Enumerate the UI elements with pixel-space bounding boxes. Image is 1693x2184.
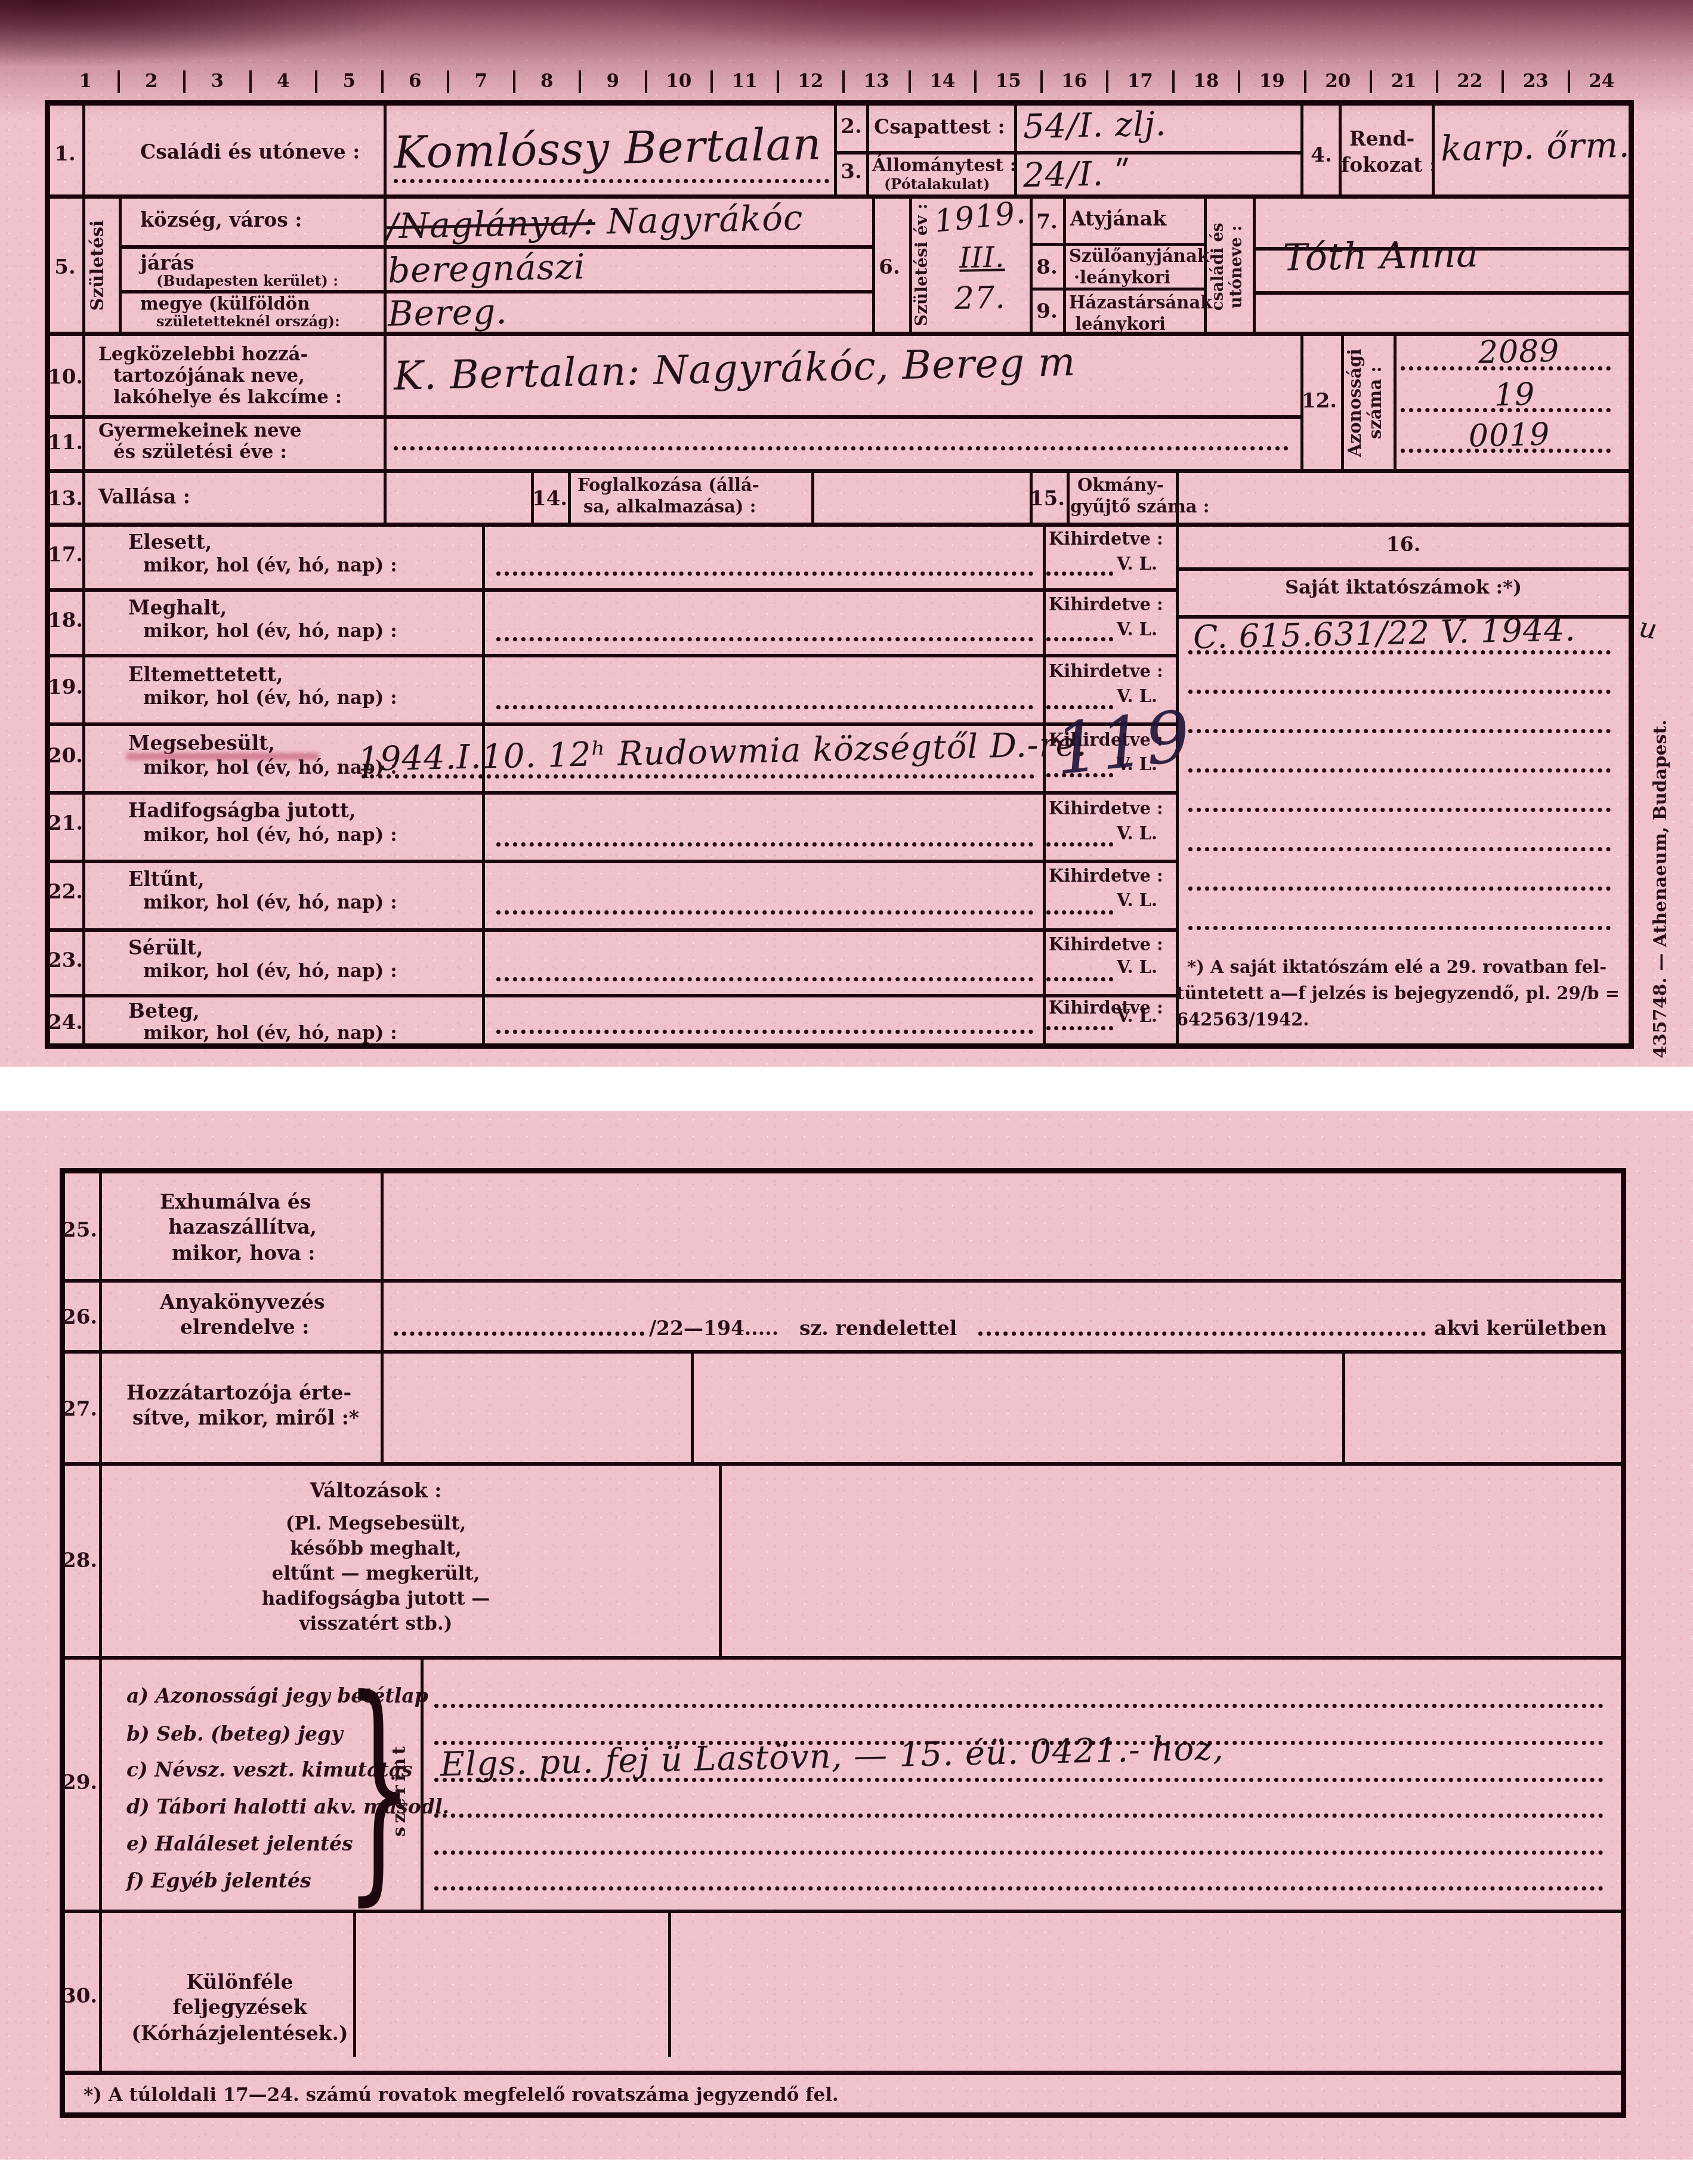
grid-line — [65, 1656, 1621, 1660]
field-label-hozzatartozo-3: lakóhelye és lakcíme : — [113, 388, 342, 407]
grid-line — [99, 1173, 102, 2071]
grid-line — [1432, 103, 1435, 194]
printer-imprint-vertical: 435748. — Athenaeum, Budapest. — [1650, 704, 1671, 1074]
ruler-number: 7 — [449, 70, 515, 93]
row-number: 12. — [1302, 389, 1336, 413]
dotted-line — [394, 179, 829, 183]
grid-line — [65, 1279, 1621, 1283]
ruler-number: 4 — [252, 70, 318, 93]
field-label-kulonfele-3: (Kórházjelentések.) — [126, 2024, 353, 2044]
kihirdetve-label: Kihirdetve : — [1049, 798, 1163, 818]
front-footnote-line-1: *) A saját iktatószám elé a 29. rovatban… — [1187, 958, 1607, 976]
row-number: 28. — [62, 1549, 97, 1573]
vl-label: V. L. — [1117, 957, 1157, 977]
grid-line — [50, 791, 1176, 795]
grid-line — [1014, 103, 1017, 194]
dotted-line — [496, 1030, 1033, 1034]
handwritten-csapattest: 54/I. zlj. — [1022, 104, 1167, 146]
ruler-number: 1 — [54, 70, 120, 93]
grid-line — [65, 1350, 1621, 1354]
decree-number-fragment: /22—194..... — [649, 1318, 778, 1339]
handwritten-jaras: beregnászi — [387, 246, 586, 291]
event-title: Sérült, — [128, 938, 203, 959]
event-sub: mikor, hol (év, hó, nap) : — [143, 1024, 397, 1043]
handwritten-id-number-1: 2089 — [1478, 333, 1560, 371]
field-label-hazastars-1: Házastársának — [1069, 294, 1212, 311]
event-title-megsebesult: Megsebesült, — [128, 733, 275, 754]
row-number: 9. — [1030, 299, 1064, 323]
grid-line — [568, 470, 571, 523]
dotted-line — [1401, 366, 1611, 370]
field-label-megye: megye (külföldön — [140, 295, 310, 313]
ruler-number: 22 — [1438, 70, 1504, 93]
grid-line — [50, 928, 1176, 932]
field-label-valtozasok: Változások : — [149, 1481, 603, 1502]
grid-line — [65, 1910, 1621, 1913]
field-label-jaras-2: (Budapesten kerület) : — [156, 273, 338, 288]
ruler-number: 11 — [713, 70, 779, 93]
grid-line — [668, 1910, 671, 2057]
dotted-line — [1188, 650, 1611, 654]
field-label-gyermekei-2: és születési éve : — [113, 443, 287, 462]
vertical-label-csaladi-utoneve: családi ésutóneve : — [1209, 206, 1246, 328]
ruler-number: 21 — [1372, 70, 1438, 93]
row-number: 15. — [1030, 487, 1064, 511]
row-number: 29. — [62, 1771, 97, 1794]
row-number: 2. — [834, 115, 869, 138]
ruler-number: 10 — [647, 70, 713, 93]
grid-line — [1339, 103, 1342, 194]
section-16-number: 16. — [1176, 535, 1631, 555]
grid-line — [1394, 333, 1397, 469]
row-number: 19. — [48, 675, 82, 699]
field-label-kulonfele-1: Különféle — [126, 1972, 353, 1993]
grid-line — [1043, 523, 1046, 1046]
dotted-line — [1401, 408, 1611, 412]
row-number: 11. — [48, 431, 82, 455]
row-number: 10. — [48, 365, 82, 389]
vertical-label-line: utóneve : — [1227, 206, 1246, 328]
field-label-valtozasok-6: visszatért stb.) — [149, 1614, 603, 1634]
field-label-anyakonyvezes-1: Anyakönyvezés — [160, 1292, 325, 1313]
doc-type-f: f) Egyéb jelentés — [126, 1871, 311, 1892]
kihirdetve-label: Kihirdetve : — [1049, 529, 1163, 549]
field-label-exhumalva-2: hazaszállítva, — [168, 1217, 317, 1238]
handwritten-megye: Bereg. — [387, 291, 508, 334]
doc-type-b: b) Seb. (beteg) jegy — [126, 1724, 342, 1745]
dotted-line — [1188, 729, 1611, 733]
ruler-number: 2 — [120, 70, 186, 93]
grid-line — [50, 994, 1176, 997]
field-label-okmany-1: Okmány- — [1077, 476, 1164, 494]
row-number: 20. — [48, 744, 82, 768]
struck-text: /Naglánya/: — [386, 202, 595, 246]
row-number: 1. — [48, 142, 82, 166]
field-label-csapattest: Csapattest : — [874, 117, 1005, 138]
field-label-szuloanyja-1: Szülőanyjának — [1069, 247, 1209, 265]
field-label-megye-2: születetteknél ország): — [156, 314, 340, 329]
field-label-rendfokozat-1: Rend- — [1349, 129, 1414, 150]
dotted-line — [1188, 847, 1611, 851]
grid-line — [50, 523, 1631, 527]
ruler-number: 5 — [317, 70, 384, 93]
dotted-line — [434, 1778, 1604, 1782]
event-sub: mikor, hol (év, hó, nap) : — [143, 688, 397, 708]
vertical-label-szuletesi: Születési — [87, 206, 108, 325]
event-title: Eltűnt, — [128, 869, 205, 890]
dotted-line — [1188, 768, 1611, 773]
grid-line — [1300, 103, 1303, 194]
dotted-line — [496, 842, 1033, 847]
vl-label: V. L. — [1117, 1006, 1157, 1026]
grid-line — [1341, 333, 1344, 469]
vl-label: V. L. — [1117, 890, 1157, 910]
row-number: 4. — [1304, 143, 1339, 167]
decree-label: sz. rendelettel — [799, 1318, 957, 1339]
grid-line — [482, 523, 485, 1046]
kihirdetve-label: Kihirdetve : — [1049, 934, 1163, 954]
event-title: Hadifogságba jutott, — [128, 801, 356, 821]
dotted-line — [434, 1886, 1604, 1890]
dotted-line — [1188, 926, 1611, 930]
dotted-line — [496, 910, 1033, 915]
row-number: 7. — [1030, 210, 1064, 234]
field-label-valtozasok-3: később meghalt, — [149, 1539, 603, 1559]
event-title: Elesett, — [128, 532, 212, 553]
dotted-line — [496, 637, 1033, 641]
dotted-line — [1401, 449, 1611, 453]
row-number: 5. — [48, 255, 82, 279]
vl-label: V. L. — [1117, 823, 1157, 844]
ruler-number: 9 — [581, 70, 647, 93]
field-label-valtozasok-2: (Pl. Megsebesült, — [149, 1514, 603, 1534]
grid-line — [691, 1350, 694, 1462]
dotted-line — [1188, 808, 1611, 812]
dotted-line — [1046, 637, 1113, 641]
grid-line — [719, 1462, 722, 1656]
dotted-line — [434, 1814, 1604, 1818]
grid-line — [1254, 291, 1631, 295]
field-label-hozzatartozo-2: tartozójának neve, — [113, 366, 305, 386]
dotted-line — [1046, 1026, 1113, 1030]
dotted-line — [496, 705, 1033, 709]
ruler-number: 6 — [384, 70, 450, 93]
grid-line — [1253, 197, 1256, 332]
field-label-ertesitve-2: sítve, mikor, miről :* — [132, 1408, 359, 1429]
ruler-number: 17 — [1108, 70, 1175, 93]
event-sub: mikor, hol (év, hó, nap) : — [143, 556, 397, 576]
grid-line — [811, 470, 814, 523]
handwritten-birth-month: III. — [959, 240, 1005, 275]
field-label-okmany-2: gyűjtő száma : — [1070, 498, 1209, 515]
grid-line — [50, 415, 1300, 419]
field-label-gyermekei-1: Gyermekeinek neve — [98, 421, 302, 441]
grid-line — [50, 194, 1631, 199]
handwritten-scrawl: 119 — [1051, 694, 1194, 790]
handwritten-birth-day: 27. — [954, 280, 1006, 317]
ruler-number: 15 — [977, 70, 1043, 93]
dotted-line — [1188, 690, 1611, 694]
row-number: 8. — [1030, 255, 1064, 279]
grid-line — [50, 654, 1176, 657]
doc-type-e: e) Haláleset jelentés — [126, 1834, 353, 1855]
ruler-number: 19 — [1240, 70, 1306, 93]
grid-line — [50, 588, 1176, 592]
grid-line — [82, 103, 85, 1046]
grid-line — [50, 469, 1631, 473]
field-label-vallasa: Vallása : — [98, 487, 190, 508]
field-label-atyjanak: Atyjának — [1070, 209, 1166, 230]
vertical-label-szerint: szerint — [389, 1718, 410, 1861]
ruler-number: 8 — [515, 70, 582, 93]
row-number: 30. — [62, 1984, 97, 2008]
ruler-number: 20 — [1306, 70, 1373, 93]
grid-line — [50, 860, 1176, 863]
dotted-line — [1046, 842, 1113, 847]
dotted-line — [978, 1332, 1426, 1336]
event-title: Beteg, — [128, 1001, 200, 1022]
grid-line — [65, 1462, 1621, 1466]
vertical-label-azonossagi: Azonosságiszáma : — [1345, 343, 1385, 462]
vertical-label-line: családi és — [1209, 206, 1227, 328]
dotted-line — [434, 1741, 1604, 1745]
dotted-line — [434, 1851, 1604, 1855]
dotted-line — [496, 572, 1033, 576]
row-number: 6. — [872, 255, 907, 279]
ruler-number: 23 — [1504, 70, 1570, 93]
dotted-line — [1046, 910, 1113, 915]
handwritten-registry-number: C. 615.631/22 V. 1944. — [1192, 610, 1576, 656]
field-label-ertesitve-1: Hozzátartozója érte- — [126, 1383, 351, 1404]
ruler-number: 12 — [779, 70, 845, 93]
event-sub: mikor, hol (év, hó, nap) : — [143, 962, 397, 981]
row-number: 3. — [834, 160, 869, 184]
grid-line — [384, 103, 387, 523]
row-number: 18. — [48, 608, 82, 632]
back-footnote: *) A túloldali 17—24. számú rovatok megf… — [84, 2086, 839, 2105]
dotted-line — [1188, 886, 1611, 891]
row-number: 13. — [48, 487, 82, 511]
vertical-label-line: Azonossági — [1345, 343, 1365, 462]
field-label-valtozasok-5: hadifogságba jutott — — [149, 1589, 603, 1609]
event-sub: mikor, hol (év, hó, nap) : — [143, 826, 397, 845]
grid-line — [1176, 567, 1631, 571]
handwritten-mother-name: Tóth Anna — [1282, 232, 1479, 280]
row-number: 21. — [48, 811, 82, 835]
handwritten-kozseg-after: Nagyrákóc — [595, 197, 804, 242]
grid-line — [1342, 1350, 1345, 1462]
row-number: 27. — [62, 1397, 97, 1421]
dotted-line — [394, 1332, 644, 1336]
handwritten-allomanytest: 24/I. ʺ — [1022, 154, 1131, 195]
row-number: 24. — [48, 1011, 82, 1034]
ruler-number: 18 — [1175, 70, 1241, 93]
field-label-rendfokozat-2: fokozat : — [1341, 155, 1436, 176]
field-label-jaras: járás — [140, 253, 194, 274]
row-number: 26. — [62, 1305, 97, 1329]
row-number: 22. — [48, 880, 82, 904]
ruler-number: 16 — [1043, 70, 1109, 93]
front-footnote-line-3: 642563/1942. — [1176, 1011, 1309, 1028]
kihirdetve-label: Kihirdetve : — [1049, 661, 1163, 681]
grid-line — [50, 722, 1176, 726]
scanned-record-card: { "colors": {"paper":"#f0c3cc","ink":"#2… — [0, 0, 1693, 2184]
registry-district-label: akvi kerületben — [1434, 1318, 1607, 1339]
grid-line — [381, 1173, 384, 1462]
grid-line — [353, 1910, 356, 2057]
ruler-number: 24 — [1570, 70, 1634, 93]
row-number: 14. — [532, 487, 567, 511]
handwritten-name: Komlóssy Bertalan — [393, 118, 822, 178]
field-label-kozseg: község, város : — [140, 210, 302, 231]
ruler-number: 13 — [845, 70, 911, 93]
event-title: Eltemettetett, — [128, 665, 283, 685]
vl-label: V. L. — [1117, 554, 1157, 574]
dotted-line — [1046, 977, 1113, 981]
row-number: 25. — [62, 1218, 97, 1242]
field-label-kulonfele-2: feljegyzések — [126, 1997, 353, 2018]
field-label-valtozasok-4: eltűnt — megkerült, — [149, 1564, 603, 1584]
dotted-line — [434, 1704, 1604, 1708]
dotted-line — [496, 977, 1033, 981]
event-title: Meghalt, — [128, 598, 227, 619]
grid-line — [65, 2071, 1621, 2075]
field-label-allomanytest: Állománytest : — [872, 156, 1017, 175]
section-16-header: Saját iktatószámok :*) — [1176, 577, 1631, 598]
dotted-line — [394, 446, 1289, 450]
kihirdetve-label: Kihirdetve : — [1049, 866, 1163, 886]
event-sub: mikor, hol (év, hó, nap) : — [143, 893, 397, 913]
vertical-label-line: száma : — [1365, 343, 1385, 462]
handwritten-rendfokozat: karp. őrm. — [1440, 125, 1630, 169]
field-label-potalakulat: (Pótalakulat) — [884, 177, 990, 191]
vl-label: V. L. — [1117, 619, 1157, 640]
field-label-foglalkozas-1: Foglalkozása (állá- — [577, 476, 759, 494]
field-label-exhumalva-3: mikor, hova : — [172, 1243, 316, 1264]
grid-line — [1067, 470, 1070, 523]
grid-line — [1030, 288, 1204, 291]
ruler-number: 14 — [911, 70, 977, 93]
field-label-name: Családi és utóneve : — [140, 142, 360, 163]
row-number: 23. — [48, 949, 82, 972]
field-label-foglalkozas-2: sa, alkalmazása) : — [583, 498, 756, 515]
grid-line — [835, 151, 1302, 155]
ruler: 123456789101112131415161718192021222324 — [54, 70, 1633, 93]
event-sub: mikor, hol (év, hó, nap) : — [143, 622, 397, 641]
front-footnote-line-2: tüntetett a—f jelzés is bejegyzendő, pl.… — [1176, 984, 1620, 1002]
field-label-hazastars-2: leánykori — [1075, 315, 1166, 333]
vertical-label-szuletesi-ev: Születési év : — [912, 204, 931, 326]
dotted-line — [362, 774, 1034, 779]
kihirdetve-label: Kihirdetve : — [1049, 594, 1163, 614]
row-number: 17. — [48, 543, 82, 567]
field-label-anyakonyvezes-2: elrendelve : — [180, 1317, 309, 1338]
field-label-hozzatartozo-1: Legközelebbi hozzá- — [98, 345, 308, 364]
dotted-line — [1046, 572, 1113, 576]
grid-line — [119, 197, 122, 332]
field-label-exhumalva-1: Exhumálva és — [160, 1192, 311, 1213]
field-label-szuloanyja-2: ·leánykori — [1074, 268, 1170, 286]
ruler-number: 3 — [186, 70, 252, 93]
